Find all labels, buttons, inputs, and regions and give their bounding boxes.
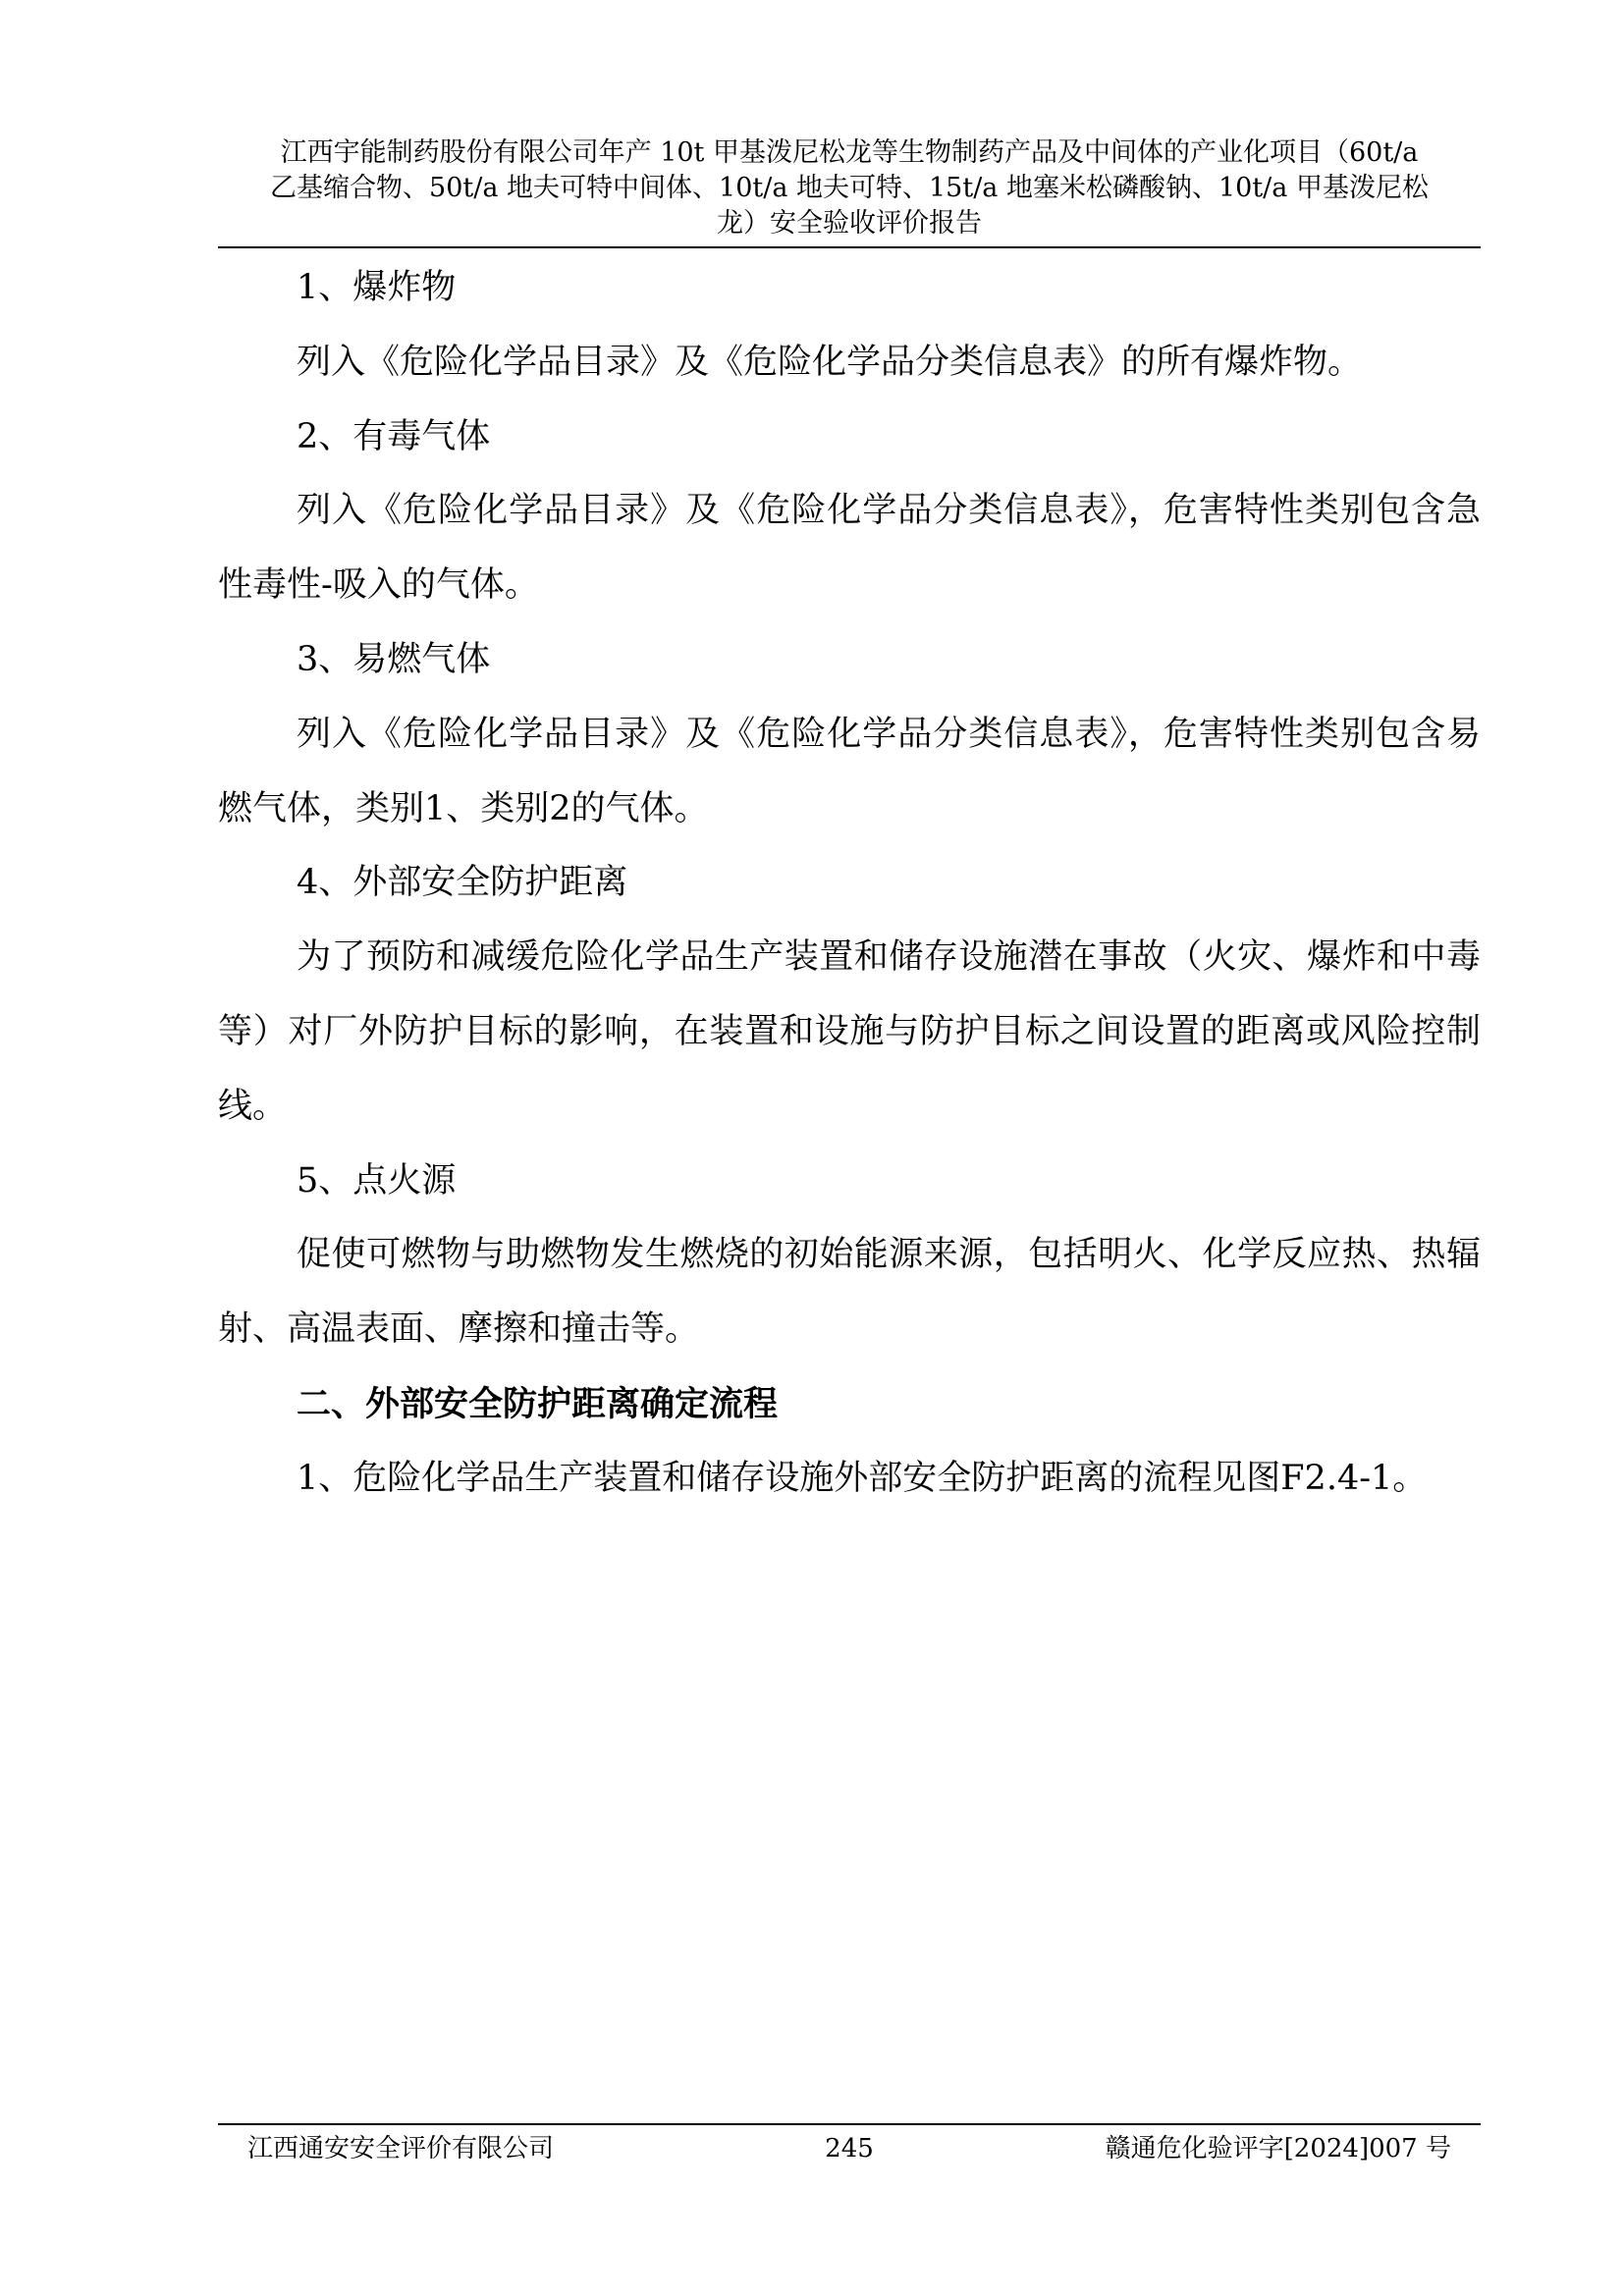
document-body: 1、爆炸物 列入《危险化学品目录》及《危险化学品分类信息表》的所有爆炸物。 2、… xyxy=(218,251,1481,1517)
paragraph-toxic-gas-definition: 列入《危险化学品目录》及《危险化学品分类信息表》，危害特性类别包含急性毒性-吸入… xyxy=(218,474,1481,623)
header-title-line-1: 江西宇能制药股份有限公司年产 10t 甲基泼尼松龙等生物制药产品及中间体的产业化… xyxy=(218,135,1481,171)
paragraph-process-reference: 1、危险化学品生产装置和储存设施外部安全防护距离的流程见图F2.4-1。 xyxy=(218,1442,1481,1517)
footer-document-number: 赣通危化验评字[2024]007 号 xyxy=(1106,2132,1451,2165)
subheading-toxic-gas: 2、有毒气体 xyxy=(218,400,1481,475)
header-title-line-2: 乙基缩合物、50t/a 地夫可特中间体、10t/a 地夫可特、15t/a 地塞米… xyxy=(218,171,1481,206)
subheading-external-safety-distance: 4、外部安全防护距离 xyxy=(218,846,1481,921)
header-title-line-3: 龙）安全验收评价报告 xyxy=(218,206,1481,241)
paragraph-explosives-definition: 列入《危险化学品目录》及《危险化学品分类信息表》的所有爆炸物。 xyxy=(218,326,1481,400)
footer-divider xyxy=(218,2123,1481,2125)
paragraph-external-safety-distance-definition: 为了预防和减缓危险化学品生产装置和储存设施潜在事故（火灾、爆炸和中毒等）对厂外防… xyxy=(218,921,1481,1144)
subheading-flammable-gas: 3、易燃气体 xyxy=(218,623,1481,698)
paragraph-ignition-source-definition: 促使可燃物与助燃物发生燃烧的初始能源来源，包括明火、化学反应热、热辐射、高温表面… xyxy=(218,1218,1481,1367)
paragraph-flammable-gas-definition: 列入《危险化学品目录》及《危险化学品分类信息表》，危害特性类别包含易燃气体，类别… xyxy=(218,698,1481,847)
subheading-ignition-source: 5、点火源 xyxy=(218,1145,1481,1219)
subheading-explosives: 1、爆炸物 xyxy=(218,251,1481,326)
running-header: 江西宇能制药股份有限公司年产 10t 甲基泼尼松龙等生物制药产品及中间体的产业化… xyxy=(218,135,1481,241)
section-heading-determination-process: 二、外部安全防护距离确定流程 xyxy=(218,1367,1481,1442)
header-divider xyxy=(218,246,1481,248)
running-footer: 江西通安安全评价有限公司 245 赣通危化验评字[2024]007 号 xyxy=(247,2132,1451,2165)
